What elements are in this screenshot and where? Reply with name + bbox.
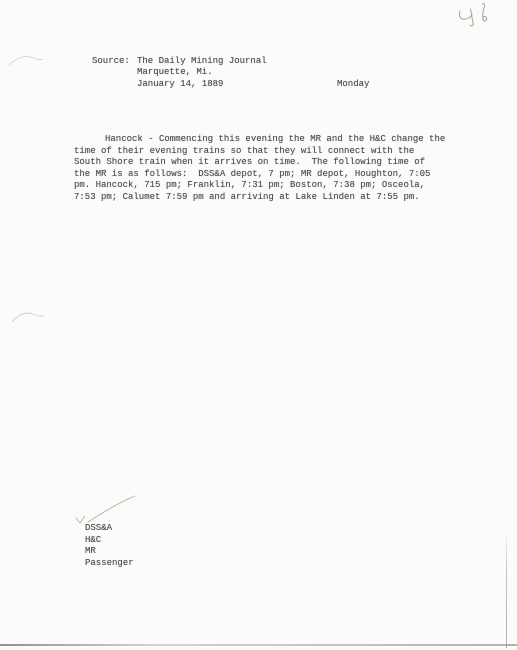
scanned-document-page: Source: The Daily Mining Journal Marquet…: [0, 0, 517, 650]
index-item-passenger: Passenger: [85, 558, 134, 570]
publication-name: The Daily Mining Journal: [137, 56, 267, 66]
publication-location: Marquette, Mi.: [137, 67, 213, 77]
source-label: Source:: [92, 56, 130, 66]
article-paragraph: Hancock - Commencing this evening the MR…: [74, 134, 454, 203]
article-line: the MR is as follows: DSS&A depot, 7 pm;…: [74, 169, 454, 181]
index-item-hc: H&C: [85, 535, 134, 547]
publication-date: January 14, 1889: [137, 79, 223, 89]
article-line: 7:53 pm; Calumet 7:59 pm and arriving at…: [74, 192, 454, 204]
handwritten-4b-mark: [452, 1, 497, 36]
weekday-label: Monday: [337, 79, 369, 89]
page-bottom-edge-line: [0, 644, 517, 646]
scan-smudge-arc-top-left: [6, 48, 46, 72]
article-line: time of their evening trains so that the…: [74, 146, 454, 158]
article-line: pm. Hancock, 715 pm; Franklin, 7:31 pm; …: [74, 180, 454, 192]
page-right-edge-line: [506, 528, 507, 648]
article-line: Hancock - Commencing this evening the MR…: [74, 134, 454, 146]
article-line: South Shore train when it arrives on tim…: [74, 157, 454, 169]
railroad-index-list: DSS&A H&C MR Passenger: [85, 523, 134, 569]
index-item-mr: MR: [85, 546, 134, 558]
scan-smudge-arc-middle-left: [9, 306, 49, 328]
index-item-dssa: DSS&A: [85, 523, 134, 535]
